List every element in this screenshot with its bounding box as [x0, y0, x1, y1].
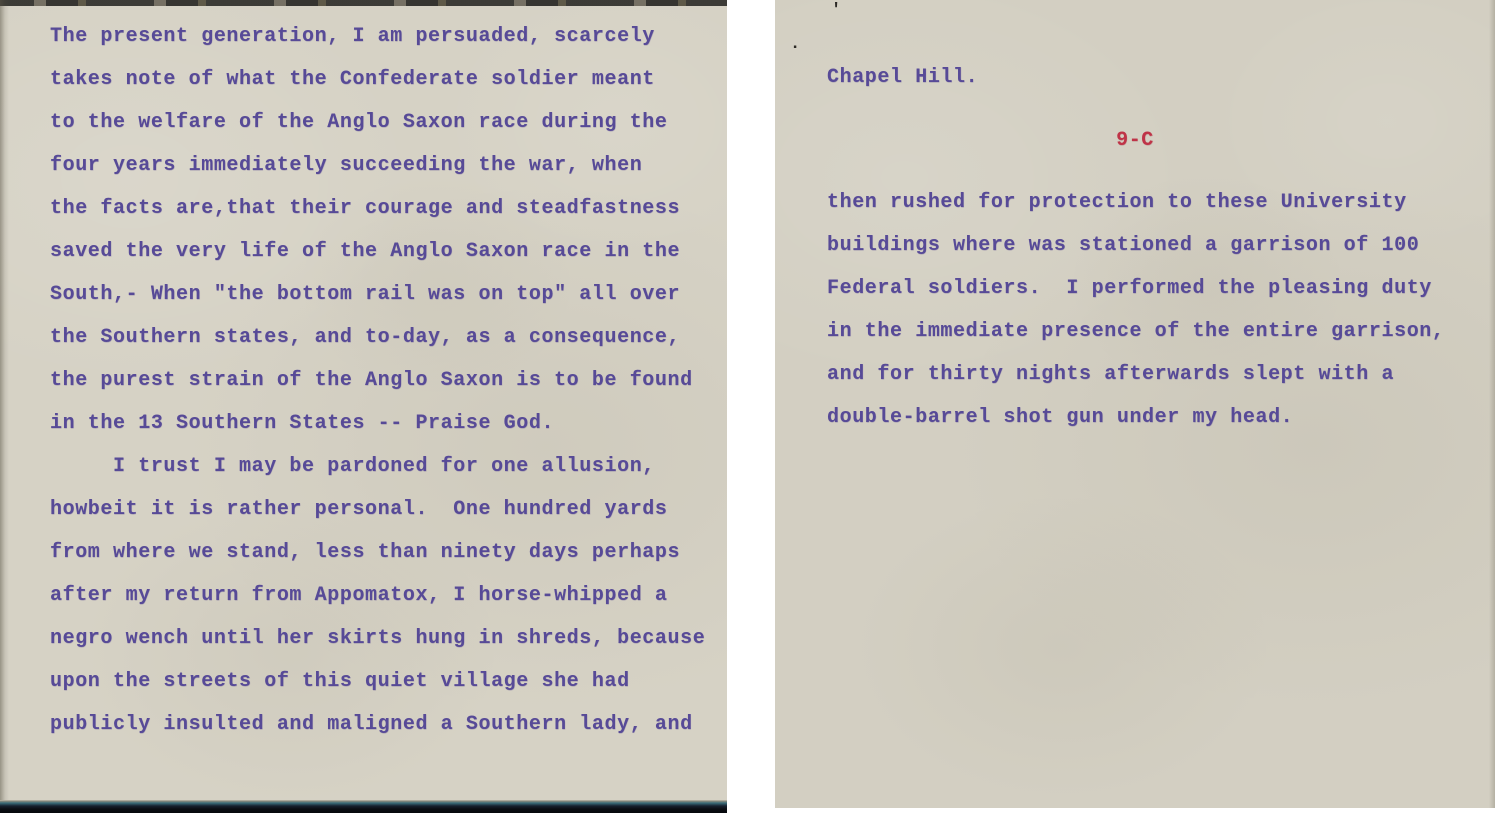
text-line: then rushed for protection to these Univ…	[827, 181, 1489, 224]
text-line: the purest strain of the Anglo Saxon is …	[50, 359, 721, 402]
text-line: Federal soldiers. I performed the pleasi…	[827, 267, 1489, 310]
left-page-bottom-scan-edge	[0, 800, 727, 813]
text-line: takes note of what the Confederate soldi…	[50, 58, 721, 101]
stray-mark: '	[831, 6, 841, 16]
text-line: the Southern states, and to-day, as a co…	[50, 316, 721, 359]
text-line: publicly insulted and maligned a Souther…	[50, 703, 721, 746]
text-line: negro wench until her skirts hung in shr…	[50, 617, 721, 660]
document-scan: The present generation, I am persuaded, …	[0, 0, 1500, 813]
text-line: double-barrel shot gun under my head.	[827, 396, 1489, 439]
left-page: The present generation, I am persuaded, …	[0, 0, 727, 813]
text-line: The present generation, I am persuaded, …	[50, 15, 721, 58]
stray-mark: .	[790, 40, 800, 50]
text-line: in the 13 Southern States -- Praise God.	[50, 402, 721, 445]
text-line: in the immediate presence of the entire …	[827, 310, 1489, 353]
text-line: after my return from Appomatox, I horse-…	[50, 574, 721, 617]
text-line: four years immediately succeeding the wa…	[50, 144, 721, 187]
text-line: the facts are,that their courage and ste…	[50, 187, 721, 230]
text-line: howbeit it is rather personal. One hundr…	[50, 488, 721, 531]
text-line: I trust I may be pardoned for one allusi…	[50, 445, 721, 488]
text-line: from where we stand, less than ninety da…	[50, 531, 721, 574]
text-line: saved the very life of the Anglo Saxon r…	[50, 230, 721, 273]
right-page-text: then rushed for protection to these Univ…	[827, 181, 1489, 439]
text-line: South,- When "the bottom rail was on top…	[50, 273, 721, 316]
text-line: and for thirty nights afterwards slept w…	[827, 353, 1489, 396]
right-page: ' . Chapel Hill. 9-C then rushed for pro…	[775, 0, 1495, 808]
left-page-top-scan-edge	[0, 0, 727, 6]
text-line: to the welfare of the Anglo Saxon race d…	[50, 101, 721, 144]
place-line: Chapel Hill.	[827, 56, 978, 99]
text-line: upon the streets of this quiet village s…	[50, 660, 721, 703]
page-number-stamp: 9-C	[775, 119, 1495, 162]
text-line: buildings where was stationed a garrison…	[827, 224, 1489, 267]
left-page-text: The present generation, I am persuaded, …	[50, 15, 721, 746]
left-page-left-edge-shadow	[0, 0, 9, 813]
